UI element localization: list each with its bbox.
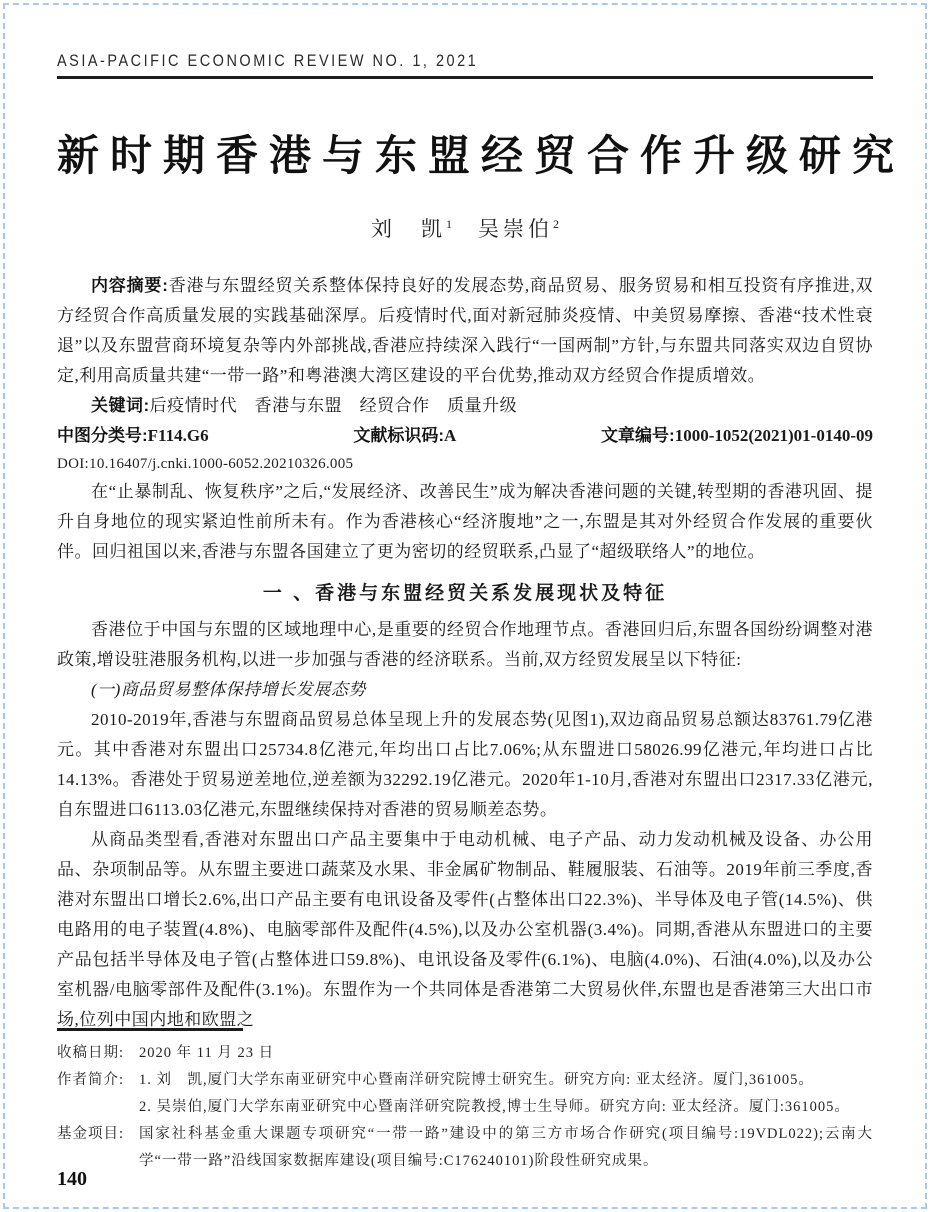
article-page: ASIA-PACIFIC ECONOMIC REVIEW NO. 1, 2021… — [57, 0, 873, 1035]
doi: DOI:10.16407/j.cnki.1000-6052.20210326.0… — [57, 451, 873, 477]
author-bio-2: 2. 吴崇伯,厦门大学东南亚研究中心暨南洋研究院教授,博士生导师。研究方向: 亚… — [139, 1094, 873, 1121]
author-bio-1: 1. 刘 凯,厦门大学东南亚研究中心暨南洋研究院博士研究生。研究方向: 亚太经济… — [139, 1067, 873, 1094]
abstract-block: 内容摘要:香港与东盟经贸关系整体保持良好的发展态势,商品贸易、服务贸易和相互投资… — [57, 271, 873, 477]
received-date-label: 收稿日期: — [57, 1040, 139, 1067]
page-number: 140 — [57, 1168, 87, 1191]
header-rule — [57, 76, 873, 79]
footnote-author-bio: 作者简介: 1. 刘 凯,厦门大学东南亚研究中心暨南洋研究院博士研究生。研究方向… — [57, 1067, 873, 1121]
author-1: 刘 凯1 — [371, 217, 452, 241]
author-bio-content: 1. 刘 凯,厦门大学东南亚研究中心暨南洋研究院博士研究生。研究方向: 亚太经济… — [139, 1067, 873, 1121]
clc-number: 中图分类号:F114.G6 — [57, 421, 209, 451]
abstract: 内容摘要:香港与东盟经贸关系整体保持良好的发展态势,商品贸易、服务贸易和相互投资… — [57, 271, 873, 391]
footnote-funding: 基金项目: 国家社科基金重大课题专项研究“一带一路”建设中的第三方市场合作研究(… — [57, 1121, 873, 1175]
received-date-value: 2020 年 11 月 23 日 — [139, 1040, 873, 1067]
abstract-text: 香港与东盟经贸关系整体保持良好的发展态势,商品贸易、服务贸易和相互投资有序推进,… — [57, 276, 873, 385]
author-2-affiliation-mark: 2 — [553, 217, 559, 231]
body-paragraph-2: 香港位于中国与东盟的区域地理中心,是重要的经贸合作地理节点。香港回归后,东盟各国… — [57, 615, 873, 675]
article-id: 文章编号:1000-1052(2021)01-0140-09 — [601, 421, 873, 451]
author-1-affiliation-mark: 1 — [446, 217, 452, 231]
author-2: 吴崇伯2 — [478, 217, 559, 241]
document-code: 文献标识码:A — [353, 421, 456, 451]
funding-label: 基金项目: — [57, 1121, 139, 1175]
journal-header: ASIA-PACIFIC ECONOMIC REVIEW NO. 1, 2021 — [57, 52, 873, 70]
body-paragraph-3: 2010-2019年,香港与东盟商品贸易总体呈现上升的发展态势(见图1),双边商… — [57, 705, 873, 825]
body-paragraph-4: 从商品类型看,香港对东盟出口产品主要集中于电动机械、电子产品、动力发动机械及设备… — [57, 825, 873, 1035]
funding-text: 国家社科基金重大课题专项研究“一带一路”建设中的第三方市场合作研究(项目编号:1… — [139, 1121, 873, 1175]
authors-line: 刘 凯1吴崇伯2 — [57, 213, 873, 243]
footnote-received-date: 收稿日期: 2020 年 11 月 23 日 — [57, 1040, 873, 1067]
keywords-label: 关键词: — [91, 396, 150, 415]
footnote-separator — [57, 1028, 243, 1031]
article-title: 新时期香港与东盟经贸合作升级研究 — [57, 123, 873, 183]
keywords-text: 后疫情时代 香港与东盟 经贸合作 质量升级 — [150, 396, 518, 415]
footnotes-block: 收稿日期: 2020 年 11 月 23 日 作者简介: 1. 刘 凯,厦门大学… — [57, 1028, 873, 1175]
abstract-label: 内容摘要: — [91, 276, 168, 295]
meta-row: 中图分类号:F114.G6 文献标识码:A 文章编号:1000-1052(202… — [57, 421, 873, 451]
intro-paragraph: 在“止暴制乱、恢复秩序”之后,“发展经济、改善民生”成为解决香港问题的关键,转型… — [57, 477, 873, 567]
author-bio-label: 作者简介: — [57, 1067, 139, 1121]
section-heading-1: 一 、香港与东盟经贸关系发展现状及特征 — [57, 578, 873, 605]
subsection-heading-1: (一)商品贸易整体保持增长发展态势 — [57, 675, 873, 705]
keywords: 关键词:后疫情时代 香港与东盟 经贸合作 质量升级 — [57, 391, 873, 421]
